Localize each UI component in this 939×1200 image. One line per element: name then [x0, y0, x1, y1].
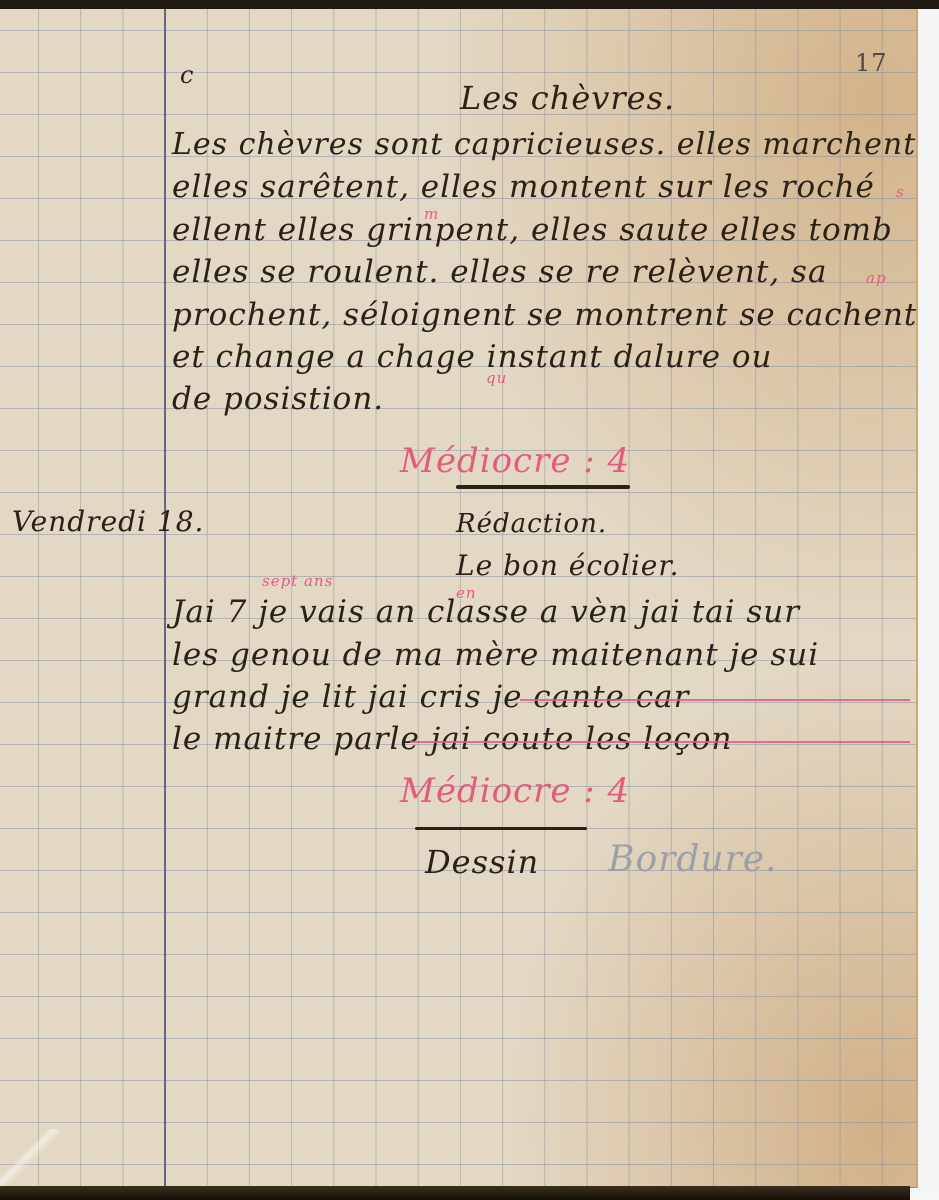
- section-divider: [415, 827, 587, 830]
- drawing-label: Dessin: [425, 843, 539, 881]
- page-corner-curl: [0, 1129, 60, 1188]
- correction-septans: sept ans: [262, 572, 333, 590]
- composition-title: Le bon écolier.: [456, 549, 680, 582]
- red-underline: [520, 699, 910, 701]
- dictation-line: prochent, séloignent se montrent se cach…: [172, 297, 917, 333]
- dictation-line: Les chèvres sont capricieuses. elles mar…: [172, 127, 916, 162]
- page-number: 17: [855, 49, 888, 77]
- composition-line: les genou de ma mère maitenant je sui: [172, 637, 819, 673]
- notebook-page: c 17 Les chèvres. Les chèvres sont capri…: [0, 9, 918, 1188]
- composition-grade: Médiocre : 4: [400, 771, 630, 811]
- correction-m: m: [424, 205, 439, 223]
- scan-bottom-edge: [0, 1186, 910, 1200]
- correction-qu: qu: [486, 369, 507, 387]
- date-label: Vendredi 18.: [12, 505, 204, 538]
- composition-line: le maitre parle jai coute les leçon: [172, 721, 732, 757]
- correction-ap: ap: [866, 269, 887, 287]
- dictation-line: elles se roulent. elles se re relèvent, …: [172, 254, 827, 290]
- dictation-title: Les chèvres.: [460, 79, 675, 117]
- section-divider: [456, 485, 630, 489]
- composition-heading: Rédaction.: [456, 509, 607, 539]
- section-mark: c: [180, 61, 194, 89]
- dictation-line: et change a chage instant dalure ou: [172, 339, 773, 375]
- dictation-line: ellent elles grinpent, elles saute elles…: [172, 212, 893, 248]
- scan-background: [918, 9, 939, 1189]
- correction-s-margin: s: [896, 183, 905, 201]
- dictation-line: elles sarêtent, elles montent sur les ro…: [172, 169, 875, 205]
- composition-line: Jai 7 je vais an classe a vèn jai tai su…: [172, 594, 800, 630]
- red-underline: [410, 741, 910, 743]
- margin-line: [164, 9, 166, 1187]
- composition-line: grand je lit jai cris je cante car: [172, 679, 689, 715]
- dictation-line: de posistion.: [172, 381, 384, 417]
- dictation-grade: Médiocre : 4: [400, 441, 630, 481]
- drawing-subject: Bordure.: [608, 839, 778, 880]
- scan-top-edge: [0, 0, 939, 9]
